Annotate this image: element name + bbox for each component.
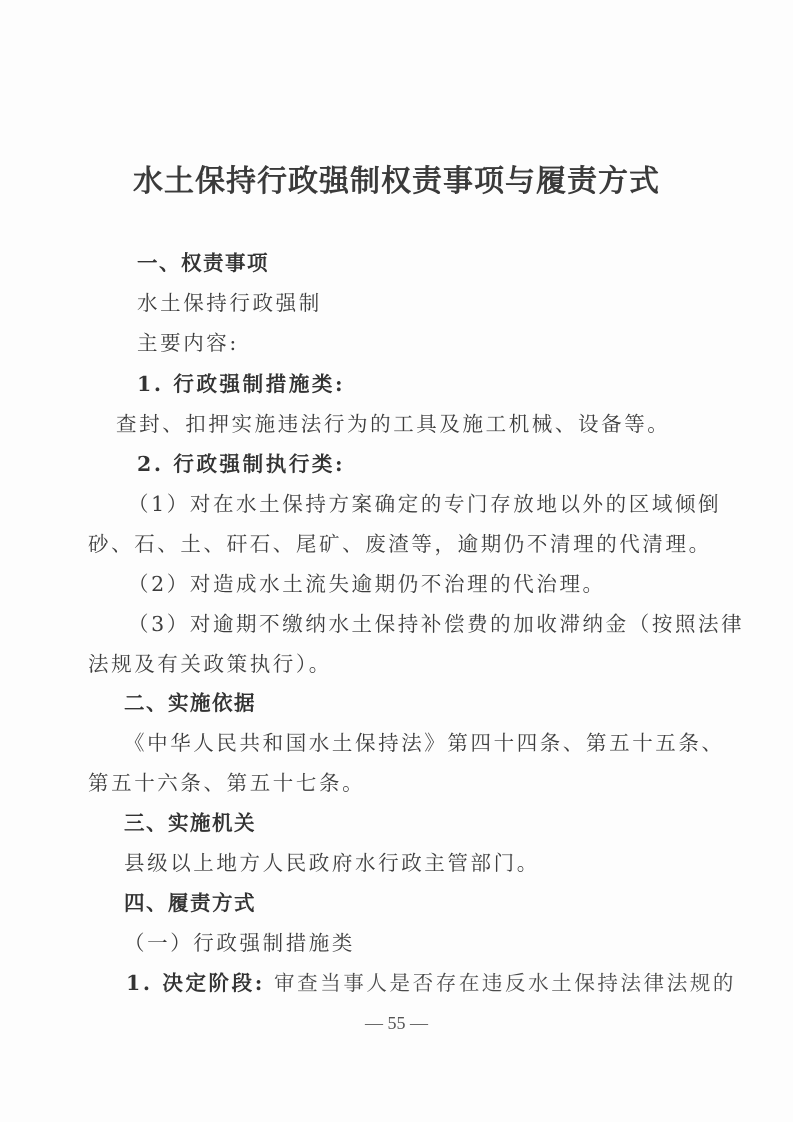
- main-content-label: 主要内容:: [137, 328, 239, 358]
- section-heading-duty-method: 四、履责方式: [124, 888, 256, 918]
- section-heading-authority: 三、实施机关: [124, 808, 256, 838]
- authority-text: 县级以上地方人民政府水行政主管部门。: [124, 848, 540, 878]
- basis-text-line-1: 《中华人民共和国水土保持法》第四十四条、第五十五条、: [124, 728, 725, 758]
- category-heading-measures: 1. 行政强制措施类:: [137, 369, 345, 399]
- category-measures-text: 查封、扣押实施违法行为的工具及施工机械、设备等。: [116, 409, 670, 439]
- category-heading-execution: 2. 行政强制执行类:: [137, 449, 345, 479]
- section-heading-basis: 二、实施依据: [124, 688, 256, 718]
- execution-item-1-line-1: （1）对在水土保持方案确定的专门存放地以外的区域倾倒: [128, 489, 721, 519]
- execution-item-3-line-1: （3）对逾期不缴纳水土保持补偿费的加收滞纳金（按照法律: [128, 609, 744, 639]
- item-name: 水土保持行政强制: [137, 288, 322, 318]
- execution-item-1-line-2: 砂、石、土、矸石、尾矿、废渣等，逾期仍不清理的代清理。: [88, 529, 712, 559]
- document-page: 水土保持行政强制权责事项与履责方式 一、权责事项 水土保持行政强制 主要内容: …: [0, 0, 793, 1122]
- decision-stage-line: 1. 决定阶段: 审查当事人是否存在违反水土保持法律法规的: [126, 968, 736, 998]
- section-heading-powers: 一、权责事项: [137, 248, 269, 278]
- execution-item-3-line-2: 法规及有关政策执行）。: [88, 649, 332, 679]
- decision-stage-label: 1. 决定阶段:: [126, 971, 265, 995]
- document-title: 水土保持行政强制权责事项与履责方式: [0, 160, 793, 204]
- execution-item-2: （2）对造成水土流失逾期仍不治理的代治理。: [128, 569, 606, 599]
- basis-text-line-2: 第五十六条、第五十七条。: [88, 768, 365, 798]
- page-number: — 55 —: [0, 1010, 793, 1036]
- decision-stage-text: 审查当事人是否存在违反水土保持法律法规的: [274, 971, 736, 995]
- subsection-heading-measures: （一）行政强制措施类: [124, 928, 355, 958]
